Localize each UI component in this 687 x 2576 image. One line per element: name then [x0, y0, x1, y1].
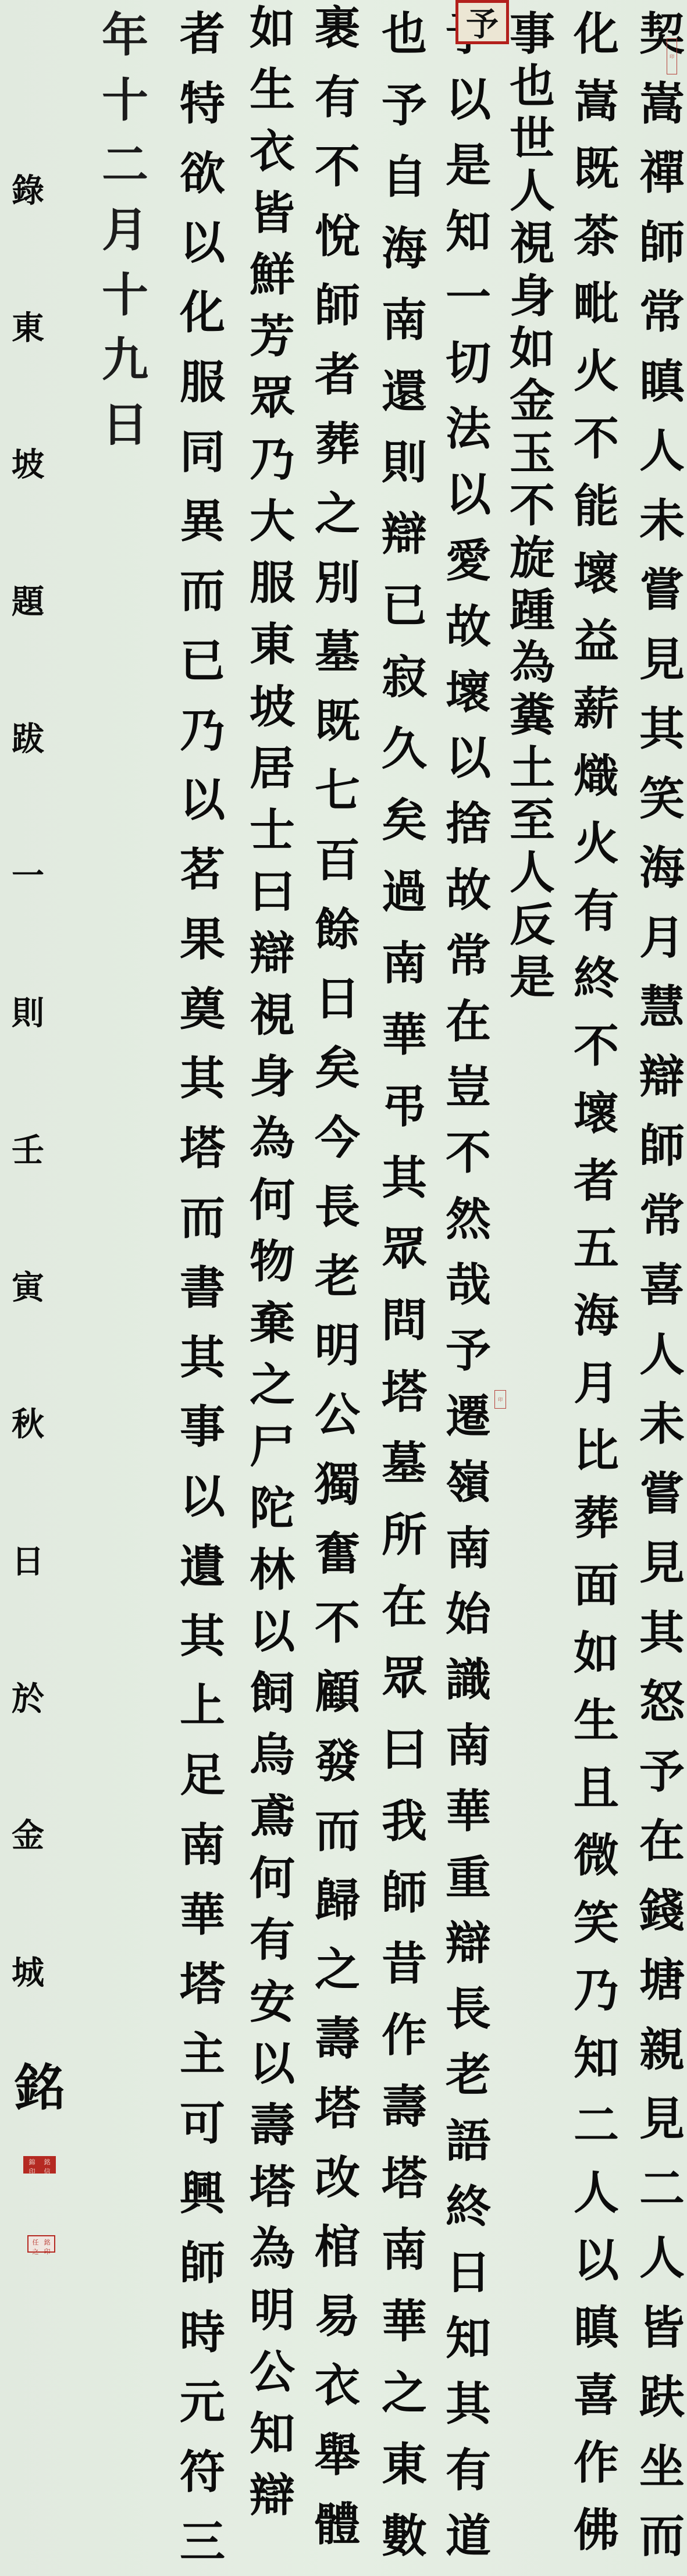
calligraphy-character: 墓 — [382, 1441, 427, 1487]
calligraphy-character: 嵩 — [574, 79, 619, 124]
calligraphy-character: 公 — [250, 2350, 295, 2395]
calligraphy-character: 益 — [574, 619, 619, 664]
calligraphy-character: 還 — [382, 369, 427, 415]
calligraphy-character: 於 — [12, 1683, 44, 1715]
calligraphy-character: 熾 — [574, 754, 619, 799]
calligraphy-character: 喜 — [574, 2373, 619, 2418]
calligraphy-character: 欲 — [180, 151, 225, 197]
calligraphy-character: 以 — [250, 1609, 295, 1655]
calligraphy-character: 老 — [315, 1254, 360, 1299]
calligraphy-character: 眾 — [382, 1227, 427, 1272]
calligraphy-character: 餘 — [315, 907, 360, 953]
calligraphy-character: 可 — [180, 2101, 225, 2147]
calligraphy-character: 曰 — [250, 870, 295, 915]
calligraphy-character: 面 — [574, 1563, 619, 1609]
calligraphy-character: 見 — [639, 637, 685, 683]
calligraphy-character: 以 — [446, 472, 491, 518]
calligraphy-character: 師 — [315, 283, 360, 329]
calligraphy-character: 鮮 — [250, 252, 295, 298]
calligraphy-character: 切 — [446, 341, 491, 386]
calligraphy-character: 發 — [315, 1739, 360, 1784]
calligraphy-character: 其 — [382, 1156, 427, 1201]
calligraphy-character: 金 — [12, 1819, 44, 1852]
calligraphy-character: 者 — [180, 12, 225, 57]
calligraphy-character: 不 — [574, 1024, 619, 1069]
calligraphy-character: 辯 — [639, 1054, 685, 1100]
calligraphy-character: 壽 — [315, 2016, 360, 2062]
calligraphy-character: 寂 — [382, 655, 427, 700]
calligraphy-character: 月 — [102, 206, 148, 253]
calligraphy-character: 師 — [639, 220, 685, 266]
text-column-c2: 化嵩既茶毗火不能壞益薪熾火有終不壞者五海月比葬面如生且微笑乃知二人以瞋喜作佛 — [568, 12, 625, 2553]
calligraphy-character: 怒 — [639, 1680, 685, 1725]
calligraphy-character: 慧 — [639, 985, 685, 1030]
calligraphy-character: 十 — [102, 77, 148, 123]
calligraphy-character: 辯 — [250, 2473, 295, 2518]
calligraphy-character: 人 — [510, 169, 555, 214]
calligraphy-character: 東 — [382, 2442, 427, 2488]
calligraphy-character: 辯 — [382, 512, 427, 557]
calligraphy-character: 為 — [250, 1116, 295, 1161]
calligraphy-character: 乃 — [250, 437, 295, 483]
calligraphy-character: 日 — [12, 1545, 44, 1578]
calligraphy-character: 大 — [250, 499, 295, 544]
calligraphy-character: 微 — [574, 1833, 619, 1879]
calligraphy-character: 南 — [446, 1723, 491, 1769]
calligraphy-character: 既 — [315, 699, 360, 744]
calligraphy-character: 尸 — [250, 1424, 295, 1470]
calligraphy-character: 所 — [382, 1513, 427, 1558]
calligraphy-character: 舉 — [315, 2433, 360, 2478]
calligraphy-character: 哉 — [446, 1263, 491, 1308]
calligraphy-character: 長 — [315, 1185, 360, 1230]
calligraphy-character: 書 — [180, 1266, 225, 1311]
calligraphy-character: 今 — [315, 1116, 360, 1161]
calligraphy-character: 獨 — [315, 1462, 360, 1508]
text-column-c1: 契嵩禪師常瞋人未嘗見其笑海月慧辯師常喜人未嘗見其怒予在錢塘親見二人皆趺坐而 — [633, 12, 687, 2559]
calligraphy-character: 未 — [639, 498, 685, 544]
calligraphy-character: 一 — [12, 860, 44, 892]
calligraphy-character: 塔 — [180, 1126, 225, 1171]
calligraphy-character: 且 — [574, 1766, 619, 1811]
calligraphy-character: 過 — [382, 870, 427, 915]
calligraphy-character: 如 — [574, 1631, 619, 1676]
calligraphy-character: 也 — [510, 64, 555, 109]
calligraphy-character: 也 — [382, 12, 427, 57]
calligraphy-character: 以 — [180, 1474, 225, 1520]
calligraphy-character: 禪 — [639, 151, 685, 196]
calligraphy-character: 月 — [639, 915, 685, 961]
calligraphy-character: 月 — [574, 1361, 619, 1406]
calligraphy-character: 華 — [180, 1893, 225, 1938]
calligraphy-character: 則 — [12, 997, 44, 1029]
calligraphy-character: 遷 — [446, 1394, 491, 1440]
calligraphy-character: 何 — [250, 1856, 295, 1901]
calligraphy-character: 公 — [315, 1392, 360, 1438]
calligraphy-character: 常 — [446, 934, 491, 979]
calligraphy-character: 年 — [102, 12, 148, 58]
calligraphy-character: 是 — [510, 955, 555, 1000]
calligraphy-character: 自 — [382, 155, 427, 200]
calligraphy-character: 體 — [315, 2502, 360, 2548]
calligraphy-character: 時 — [180, 2310, 225, 2356]
calligraphy-character: 秋 — [12, 1408, 44, 1441]
calligraphy-character: 眾 — [382, 1656, 427, 1701]
calligraphy-character: 悅 — [315, 214, 360, 259]
calligraphy-character: 之 — [250, 1363, 295, 1408]
calligraphy-character: 嘗 — [639, 1472, 685, 1517]
calligraphy-character: 塔 — [180, 1962, 225, 2007]
calligraphy-character: 人 — [639, 2236, 685, 2281]
calligraphy-character: 金 — [510, 379, 555, 424]
calligraphy-character: 以 — [446, 736, 491, 781]
calligraphy-character: 棺 — [315, 2225, 360, 2270]
calligraphy-character: 事 — [180, 1405, 225, 1450]
calligraphy-character: 跋 — [12, 723, 44, 756]
calligraphy-character: 予 — [639, 1750, 685, 1795]
calligraphy-character: 佛 — [574, 2508, 619, 2553]
calligraphy-character: 法 — [446, 407, 491, 452]
calligraphy-character: 華 — [446, 1789, 491, 1834]
calligraphy-character: 士 — [250, 808, 295, 853]
calligraphy-character: 薪 — [574, 686, 619, 732]
calligraphy-character: 興 — [180, 2171, 225, 2217]
calligraphy-character: 作 — [574, 2440, 619, 2486]
calligraphy-character: 壽 — [250, 2103, 295, 2149]
calligraphy-character: 二 — [574, 2103, 619, 2149]
calligraphy-character: 生 — [250, 67, 295, 113]
calligraphy-character: 弔 — [382, 1084, 427, 1130]
calligraphy-character: 皆 — [639, 2306, 685, 2351]
calligraphy-character: 為 — [510, 640, 555, 686]
calligraphy-character: 老 — [446, 2053, 491, 2098]
calligraphy-character: 數 — [382, 2514, 427, 2559]
calligraphy-character: 城 — [12, 1957, 44, 1989]
calligraphy-character: 壞 — [446, 670, 491, 715]
calligraphy-character: 以 — [250, 2041, 295, 2087]
calligraphy-character: 契 — [639, 12, 685, 57]
calligraphy-character: 道 — [446, 2514, 491, 2559]
calligraphy-character: 特 — [180, 81, 225, 127]
calligraphy-character: 終 — [574, 956, 619, 1002]
calligraphy-character: 而 — [180, 569, 225, 614]
calligraphy-character: 不 — [510, 483, 555, 529]
calligraphy-character: 知 — [446, 209, 491, 255]
calligraphy-character: 海 — [574, 1294, 619, 1339]
calligraphy-character: 百 — [315, 838, 360, 883]
calligraphy-character: 南 — [382, 941, 427, 986]
calligraphy-character: 題 — [12, 586, 44, 618]
calligraphy-character: 服 — [180, 360, 225, 405]
calligraphy-character: 塘 — [639, 1958, 685, 2003]
calligraphy-character: 坐 — [639, 2445, 685, 2490]
calligraphy-character: 壬 — [12, 1134, 44, 1167]
calligraphy-character: 顧 — [315, 1670, 360, 1715]
calligraphy-character: 塔 — [250, 2165, 295, 2210]
calligraphy-character: 其 — [639, 1611, 685, 1656]
calligraphy-character: 七 — [315, 768, 360, 814]
small-seal-middle: 印 — [494, 1390, 506, 1409]
calligraphy-character: 世 — [510, 116, 555, 162]
calligraphy-character: 師 — [382, 1870, 427, 1916]
calligraphy-character: 有 — [250, 1918, 295, 1963]
calligraphy-character: 不 — [315, 1601, 360, 1646]
calligraphy-character: 南 — [446, 1526, 491, 1572]
calligraphy-character: 然 — [446, 1197, 491, 1242]
calligraphy-character: 笑 — [574, 1901, 619, 1946]
calligraphy-character: 愛 — [446, 539, 491, 584]
calligraphy-character: 葬 — [574, 1496, 619, 1541]
calligraphy-character: 墓 — [315, 630, 360, 675]
calligraphy-character: 同 — [180, 430, 225, 475]
calligraphy-character: 曰 — [382, 1727, 427, 1773]
calligraphy-character: 嘗 — [639, 568, 685, 613]
calligraphy-character: 茶 — [574, 214, 619, 259]
calligraphy-character: 長 — [446, 1987, 491, 2032]
calligraphy-character: 壞 — [574, 1091, 619, 1136]
calligraphy-character: 異 — [180, 499, 225, 544]
calligraphy-character: 瞋 — [639, 359, 685, 405]
calligraphy-character: 二 — [102, 141, 148, 188]
calligraphy-character: 故 — [446, 868, 491, 913]
calligraphy-character: 有 — [315, 75, 360, 120]
calligraphy-character: 林 — [250, 1548, 295, 1593]
calligraphy-character: 嶺 — [446, 1460, 491, 1505]
calligraphy-character: 果 — [180, 917, 225, 963]
calligraphy-character: 未 — [639, 1402, 685, 1447]
calligraphy-character: 在 — [382, 1584, 427, 1630]
text-column-c5: 也予自海南還則辯已寂久矣過南華弔其眾問塔墓所在眾曰我師昔作壽塔南華之東數 — [376, 12, 433, 2559]
calligraphy-character: 歸 — [315, 1878, 360, 1923]
calligraphy-character: 寅 — [12, 1271, 44, 1304]
calligraphy-character: 者 — [315, 352, 360, 398]
calligraphy-character: 至 — [510, 798, 555, 843]
calligraphy-character: 茗 — [180, 847, 225, 893]
calligraphy-character: 乃 — [574, 1968, 619, 2014]
calligraphy-character: 有 — [574, 889, 619, 934]
calligraphy-character: 是 — [446, 143, 491, 188]
calligraphy-character: 日 — [446, 2250, 491, 2296]
calligraphy-character: 鳶 — [250, 1794, 295, 1840]
calligraphy-character: 以 — [574, 2238, 619, 2283]
calligraphy-character: 九 — [102, 336, 148, 383]
calligraphy-character: 師 — [639, 1124, 685, 1169]
text-column-c7: 如生衣皆鮮芳眾乃大服東坡居士曰辯視身為何物棄之尸陀林以飼烏鳶何有安以壽塔為明公知… — [244, 6, 301, 2518]
calligraphy-character: 化 — [180, 290, 225, 336]
date-column: 年十二月十九日 — [96, 12, 154, 448]
calligraphy-character: 事 — [510, 12, 555, 57]
calligraphy-character: 棄 — [250, 1301, 295, 1346]
calligraphy-character: 足 — [180, 1753, 225, 1798]
artist-signature: 銘 — [15, 2047, 73, 2119]
calligraphy-character: 有 — [446, 2448, 491, 2493]
calligraphy-character: 居 — [250, 746, 295, 792]
calligraphy-character: 知 — [446, 2316, 491, 2361]
calligraphy-character: 不 — [315, 144, 360, 190]
calligraphy-character: 之 — [315, 491, 360, 537]
calligraphy-character: 故 — [446, 604, 491, 650]
calligraphy-character: 矣 — [382, 798, 427, 843]
calligraphy-character: 在 — [446, 999, 491, 1045]
calligraphy-character: 喜 — [639, 1263, 685, 1308]
calligraphy-character: 南 — [180, 1823, 225, 1868]
calligraphy-character: 皆 — [250, 191, 295, 236]
calligraphy-scroll: 契嵩禪師常瞋人未嘗見其笑海月慧辯師常喜人未嘗見其怒予在錢塘親見二人皆趺坐而化嵩既… — [0, 0, 687, 2576]
calligraphy-character: 如 — [250, 6, 295, 51]
calligraphy-character: 常 — [639, 1193, 685, 1239]
calligraphy-character: 視 — [250, 993, 295, 1038]
calligraphy-character: 五 — [574, 1226, 619, 1271]
calligraphy-character: 壽 — [382, 2085, 427, 2130]
calligraphy-character: 其 — [180, 1056, 225, 1102]
calligraphy-character: 終 — [446, 2185, 491, 2230]
calligraphy-character: 裹 — [315, 6, 360, 51]
calligraphy-character: 踵 — [510, 588, 555, 633]
calligraphy-character: 如 — [510, 326, 555, 372]
calligraphy-character: 乃 — [180, 708, 225, 754]
calligraphy-character: 何 — [250, 1178, 295, 1223]
calligraphy-character: 化 — [574, 12, 619, 57]
calligraphy-character: 一 — [446, 275, 491, 320]
calligraphy-character: 語 — [446, 2119, 491, 2164]
calligraphy-character: 予 — [382, 83, 427, 129]
calligraphy-character: 趺 — [639, 2375, 685, 2420]
calligraphy-character: 見 — [639, 2097, 685, 2142]
inscription-column: 錄東坡題跋一則壬寅秋日於金城 — [6, 174, 50, 1989]
text-column-c4: 予以是知一切法以愛故壞以捨故常在豈不然哉予遷嶺南始識南華重辯長老語終日知其有道 — [440, 12, 497, 2559]
calligraphy-character: 飼 — [250, 1671, 295, 1716]
calligraphy-character: 其 — [180, 1335, 225, 1381]
calligraphy-character: 陀 — [250, 1486, 295, 1531]
calligraphy-character: 見 — [639, 1541, 685, 1586]
calligraphy-character: 重 — [446, 1855, 491, 1901]
calligraphy-character: 坡 — [12, 448, 44, 481]
calligraphy-character: 火 — [574, 821, 619, 867]
calligraphy-character: 錢 — [639, 1889, 685, 1934]
text-column-c8: 者特欲以化服同異而已乃以茗果奠其塔而書其事以遺其上足南華塔主可興師時元符三 — [174, 12, 231, 2565]
calligraphy-character: 芳 — [250, 314, 295, 359]
calligraphy-character: 昔 — [382, 1941, 427, 1987]
artist-seal-1: 錦 銘 印 信 — [23, 2156, 56, 2174]
calligraphy-character: 錄 — [12, 174, 44, 207]
calligraphy-character: 知 — [574, 2036, 619, 2081]
calligraphy-character: 旋 — [510, 536, 555, 581]
calligraphy-character: 者 — [574, 1159, 619, 1204]
calligraphy-character: 東 — [12, 312, 44, 344]
calligraphy-character: 其 — [180, 1614, 225, 1659]
calligraphy-character: 改 — [315, 2155, 360, 2201]
calligraphy-character: 物 — [250, 1239, 295, 1285]
calligraphy-character: 久 — [382, 726, 427, 772]
calligraphy-character: 安 — [250, 1980, 295, 2025]
calligraphy-character: 華 — [382, 1013, 427, 1058]
calligraphy-character: 知 — [250, 2411, 295, 2457]
calligraphy-character: 其 — [639, 707, 685, 752]
calligraphy-character: 華 — [382, 2299, 427, 2345]
calligraphy-character: 塔 — [382, 1370, 427, 1415]
calligraphy-character: 既 — [574, 147, 619, 192]
calligraphy-character: 土 — [510, 746, 555, 791]
calligraphy-character: 十 — [102, 272, 148, 318]
calligraphy-character: 塔 — [315, 2086, 360, 2132]
calligraphy-character: 服 — [250, 561, 295, 606]
calligraphy-character: 生 — [574, 1698, 619, 1744]
calligraphy-character: 坡 — [250, 685, 295, 730]
calligraphy-character: 身 — [510, 274, 555, 319]
calligraphy-character: 比 — [574, 1428, 619, 1474]
calligraphy-character: 東 — [250, 622, 295, 668]
calligraphy-character: 玉 — [510, 431, 555, 476]
calligraphy-character: 遺 — [180, 1544, 225, 1590]
calligraphy-character: 為 — [250, 2226, 295, 2272]
seal-frame-top: 予 — [455, 0, 509, 44]
calligraphy-character: 火 — [574, 349, 619, 394]
calligraphy-character: 主 — [180, 2032, 225, 2077]
seal-frame-char: 予 — [466, 0, 499, 45]
calligraphy-character: 親 — [639, 2028, 685, 2073]
calligraphy-character: 衣 — [250, 129, 295, 174]
text-column-c6: 裹有不悅師者葬之別墓既七百餘日矣今長老明公獨奮不顧發而歸之壽塔改棺易衣舉體 — [309, 6, 366, 2548]
artist-seal-2: 任 銘 之 印 — [27, 2235, 55, 2253]
calligraphy-character: 笑 — [639, 776, 685, 822]
calligraphy-character: 衣 — [315, 2363, 360, 2408]
calligraphy-character: 能 — [574, 484, 619, 529]
calligraphy-character: 海 — [382, 226, 427, 272]
calligraphy-character: 塔 — [382, 2156, 427, 2201]
text-column-c3: 事也世人視身如金玉不旋踵為糞土至人反是 — [504, 12, 561, 1000]
calligraphy-character: 而 — [639, 2514, 685, 2559]
small-seal-upper-right: 印 — [667, 38, 677, 74]
calligraphy-character: 人 — [510, 850, 555, 896]
calligraphy-character: 上 — [180, 1683, 225, 1729]
calligraphy-character: 問 — [382, 1298, 427, 1344]
calligraphy-character: 不 — [446, 1131, 491, 1176]
calligraphy-character: 日 — [102, 401, 148, 448]
calligraphy-character: 奠 — [180, 987, 225, 1032]
calligraphy-character: 烏 — [250, 1733, 295, 1778]
calligraphy-character: 辯 — [446, 1921, 491, 1966]
calligraphy-character: 人 — [639, 1332, 685, 1378]
calligraphy-character: 我 — [382, 1799, 427, 1844]
calligraphy-character: 二 — [639, 2167, 685, 2212]
calligraphy-character: 人 — [574, 2171, 619, 2216]
calligraphy-character: 其 — [446, 2382, 491, 2427]
calligraphy-character: 別 — [315, 561, 360, 606]
calligraphy-character: 明 — [315, 1323, 360, 1369]
calligraphy-character: 奮 — [315, 1531, 360, 1577]
calligraphy-character: 以 — [180, 778, 225, 823]
calligraphy-character: 常 — [639, 290, 685, 335]
calligraphy-character: 三 — [180, 2520, 225, 2565]
calligraphy-character: 糞 — [510, 693, 555, 738]
calligraphy-character: 身 — [250, 1054, 295, 1100]
calligraphy-character: 瞋 — [574, 2306, 619, 2351]
calligraphy-character: 作 — [382, 2013, 427, 2058]
calligraphy-character: 則 — [382, 440, 427, 486]
calligraphy-character: 毗 — [574, 282, 619, 327]
calligraphy-character: 視 — [510, 221, 555, 266]
calligraphy-character: 師 — [180, 2241, 225, 2286]
calligraphy-character: 始 — [446, 1592, 491, 1637]
calligraphy-character: 嵩 — [639, 81, 685, 127]
calligraphy-character: 予 — [446, 1328, 491, 1374]
calligraphy-character: 元 — [180, 2380, 225, 2425]
calligraphy-character: 葬 — [315, 422, 360, 467]
calligraphy-character: 以 — [446, 77, 491, 123]
calligraphy-character: 眾 — [250, 376, 295, 421]
calligraphy-character: 豈 — [446, 1065, 491, 1110]
calligraphy-character: 而 — [315, 1809, 360, 1854]
